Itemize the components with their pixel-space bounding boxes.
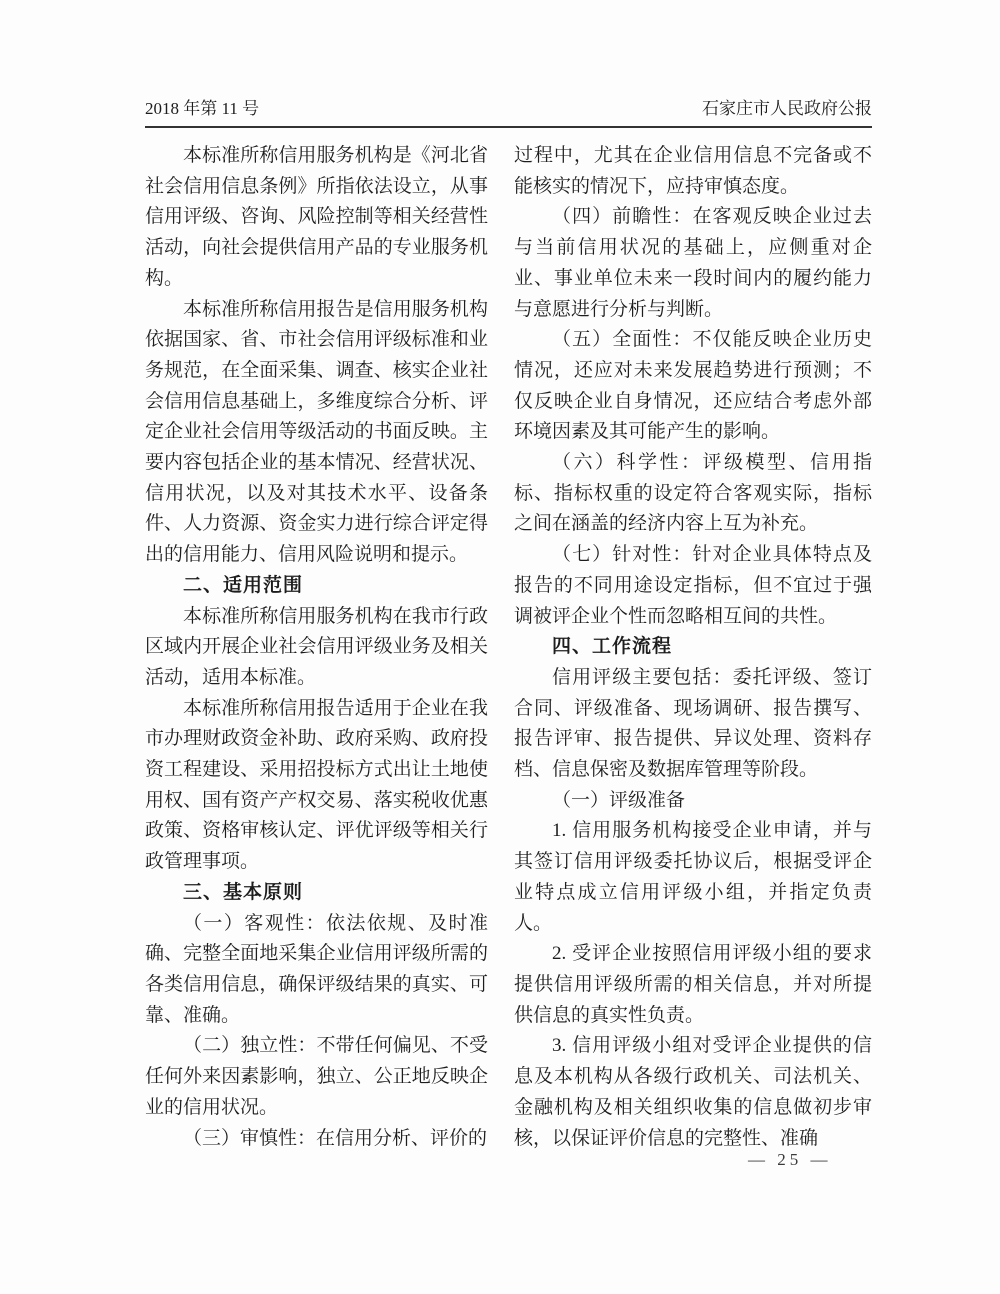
article-body: 本标准所称信用服务机构是《河北省社会信用信息条例》所指依法设立，从事信用评级、咨… — [145, 141, 872, 1154]
section-heading: 二、适用范围 — [145, 571, 488, 602]
paragraph: 本标准所称信用服务机构在我市行政区域内开展企业社会信用评级业务及相关活动，适用本… — [145, 602, 488, 694]
paragraph: 本标准所称信用报告适用于企业在我市办理财政资金补助、政府采购、政府投资工程建设、… — [145, 694, 488, 878]
paragraph: （二）独立性：不带任何偏见、不受任何外来因素影响，独立、公正地反映企业的信用状况… — [145, 1031, 488, 1123]
paragraph: （六）科学性：评级模型、信用指标、指标权重的设定符合客观实际，指标之间在涵盖的经… — [514, 448, 872, 540]
publication-title: 石家庄市人民政府公报 — [702, 98, 872, 120]
left-column: 本标准所称信用服务机构是《河北省社会信用信息条例》所指依法设立，从事信用评级、咨… — [145, 141, 488, 1154]
page-header: 2018 年第 11 号 石家庄市人民政府公报 — [145, 98, 872, 120]
paragraph: 1. 信用服务机构接受企业申请，并与其签订信用评级委托协议后，根据受评企业特点成… — [514, 816, 872, 939]
section-heading: 三、基本原则 — [145, 878, 488, 909]
paragraph: （七）针对性：针对企业具体特点及报告的不同用途设定指标，但不宜过于强调被评企业个… — [514, 540, 872, 632]
paragraph: 信用评级主要包括：委托评级、签订合同、评级准备、现场调研、报告撰写、报告评审、报… — [514, 663, 872, 786]
section-subheading: （一）评级准备 — [514, 786, 872, 817]
issue-number: 2018 年第 11 号 — [145, 98, 259, 120]
paragraph: （一）客观性：依法依规、及时准确、完整全面地采集企业信用评级所需的各类信用信息，… — [145, 909, 488, 1032]
section-heading: 四、工作流程 — [514, 632, 872, 663]
right-column: 过程中，尤其在企业信用信息不完备或不能核实的情况下，应持审慎态度。（四）前瞻性：… — [514, 141, 872, 1154]
paragraph: 本标准所称信用报告是信用服务机构依据国家、省、市社会信用评级标准和业务规范，在全… — [145, 295, 488, 571]
paragraph: 过程中，尤其在企业信用信息不完备或不能核实的情况下，应持审慎态度。 — [514, 141, 872, 202]
paragraph: 本标准所称信用服务机构是《河北省社会信用信息条例》所指依法设立，从事信用评级、咨… — [145, 141, 488, 295]
paragraph: （三）审慎性：在信用分析、评价的 — [145, 1124, 488, 1155]
paragraph: （四）前瞻性：在客观反映企业过去与当前信用状况的基础上，应侧重对企业、事业单位未… — [514, 202, 872, 325]
gazette-page: 2018 年第 11 号 石家庄市人民政府公报 本标准所称信用服务机构是《河北省… — [0, 0, 1000, 1294]
paragraph: 3. 信用评级小组对受评企业提供的信息及本机构从各级行政机关、司法机关、金融机构… — [514, 1031, 872, 1154]
paragraph: （五）全面性：不仅能反映企业历史情况，还应对未来发展趋势进行预测；不仅反映企业自… — [514, 325, 872, 448]
header-rule — [145, 126, 872, 128]
paragraph: 2. 受评企业按照信用评级小组的要求提供信用评级所需的相关信息，并对所提供信息的… — [514, 939, 872, 1031]
page-number: — 25 — — [748, 1150, 832, 1170]
